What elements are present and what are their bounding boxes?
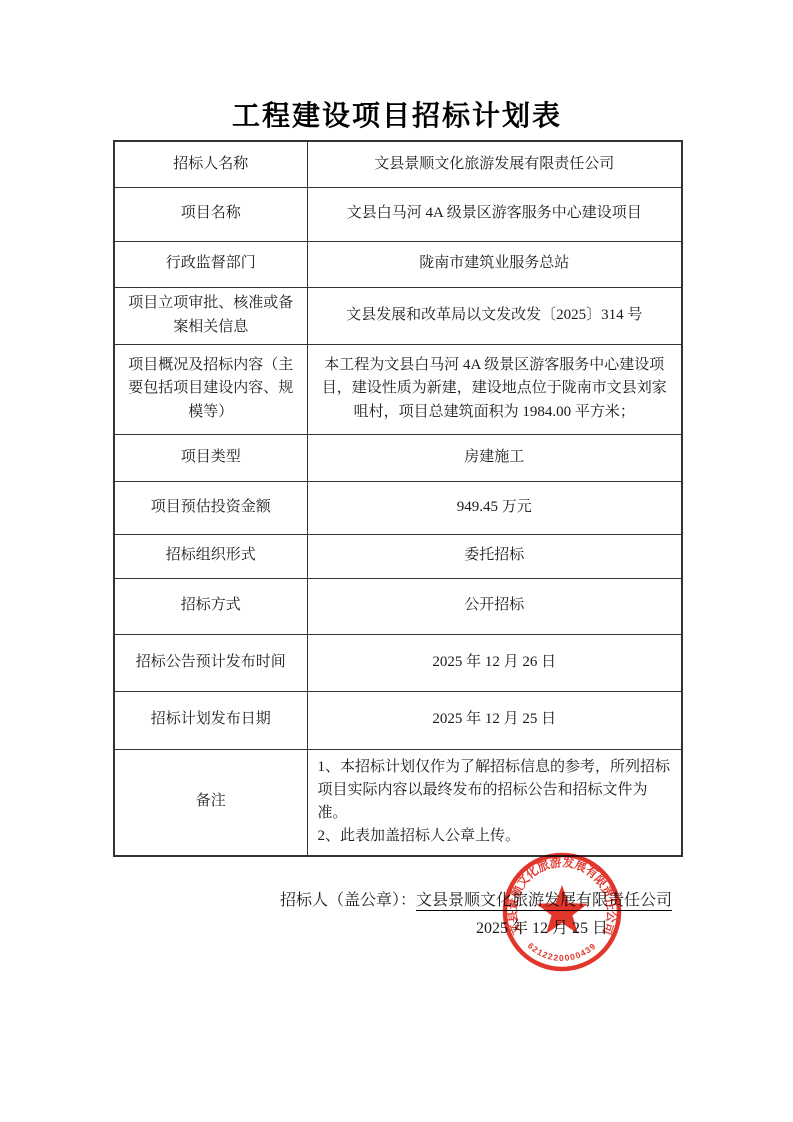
row-label-project-name: 项目名称	[114, 187, 307, 241]
signature-date: 2025 年 12 月 25 日	[280, 916, 676, 942]
row-label-bidder-name: 招标人名称	[114, 141, 307, 187]
row-value-approval-info: 文县发展和改革局以文发改发〔2025〕314 号	[307, 287, 682, 344]
row-value-project-overview: 本工程为文县白马河 4A 级景区游客服务中心建设项目，建设性质为新建，建设地点位…	[307, 344, 682, 434]
row-label-estimated-investment: 项目预估投资金额	[114, 481, 307, 534]
row-value-announcement-date: 2025 年 12 月 26 日	[307, 634, 682, 691]
row-value-organization-form: 委托招标	[307, 534, 682, 578]
table-row: 备注 1、本招标计划仅作为了解招标信息的参考，所列招标项目实际内容以最终发布的招…	[114, 749, 682, 856]
table-row: 项目名称 文县白马河 4A 级景区游客服务中心建设项目	[114, 187, 682, 241]
table-row: 招标人名称 文县景顺文化旅游发展有限责任公司	[114, 141, 682, 187]
seal-registration-number: 6212220000439	[526, 941, 598, 963]
row-label-remarks: 备注	[114, 749, 307, 856]
table-row: 招标组织形式 委托招标	[114, 534, 682, 578]
row-label-project-type: 项目类型	[114, 434, 307, 481]
table-row: 项目立项审批、核准或备案相关信息 文县发展和改革局以文发改发〔2025〕314 …	[114, 287, 682, 344]
row-value-remarks: 1、本招标计划仅作为了解招标信息的参考，所列招标项目实际内容以最终发布的招标公告…	[307, 749, 682, 856]
row-value-bidder-name: 文县景顺文化旅游发展有限责任公司	[307, 141, 682, 187]
row-label-project-overview: 项目概况及招标内容（主要包括项目建设内容、规模等）	[114, 344, 307, 434]
row-value-project-type: 房建施工	[307, 434, 682, 481]
signature-line: 招标人（盖公章）：文县景顺文化旅游发展有限责任公司	[280, 888, 676, 914]
table-row: 招标计划发布日期 2025 年 12 月 25 日	[114, 691, 682, 749]
table-row: 招标公告预计发布时间 2025 年 12 月 26 日	[114, 634, 682, 691]
row-value-plan-publish-date: 2025 年 12 月 25 日	[307, 691, 682, 749]
table-row: 项目预估投资金额 949.45 万元	[114, 481, 682, 534]
row-value-project-name: 文县白马河 4A 级景区游客服务中心建设项目	[307, 187, 682, 241]
table-row: 项目类型 房建施工	[114, 434, 682, 481]
row-value-tender-method: 公开招标	[307, 578, 682, 634]
row-label-announcement-date: 招标公告预计发布时间	[114, 634, 307, 691]
svg-text:6212220000439: 6212220000439	[526, 941, 598, 963]
signature-company-name: 文县景顺文化旅游发展有限责任公司	[416, 892, 672, 911]
row-value-supervision-dept: 陇南市建筑业服务总站	[307, 241, 682, 287]
table-row: 行政监督部门 陇南市建筑业服务总站	[114, 241, 682, 287]
table-row: 项目概况及招标内容（主要包括项目建设内容、规模等） 本工程为文县白马河 4A 级…	[114, 344, 682, 434]
row-label-organization-form: 招标组织形式	[114, 534, 307, 578]
row-label-supervision-dept: 行政监督部门	[114, 241, 307, 287]
signature-block: 招标人（盖公章）：文县景顺文化旅游发展有限责任公司 2025 年 12 月 25…	[280, 888, 676, 941]
row-label-approval-info: 项目立项审批、核准或备案相关信息	[114, 287, 307, 344]
document-page: 工程建设项目招标计划表 招标人名称 文县景顺文化旅游发展有限责任公司 项目名称 …	[0, 0, 793, 1122]
row-label-tender-method: 招标方式	[114, 578, 307, 634]
signature-label: 招标人（盖公章）：	[280, 892, 416, 909]
row-value-estimated-investment: 949.45 万元	[307, 481, 682, 534]
document-title: 工程建设项目招标计划表	[113, 94, 681, 134]
table-row: 招标方式 公开招标	[114, 578, 682, 634]
tender-plan-table: 招标人名称 文县景顺文化旅游发展有限责任公司 项目名称 文县白马河 4A 级景区…	[113, 140, 683, 857]
row-label-plan-publish-date: 招标计划发布日期	[114, 691, 307, 749]
